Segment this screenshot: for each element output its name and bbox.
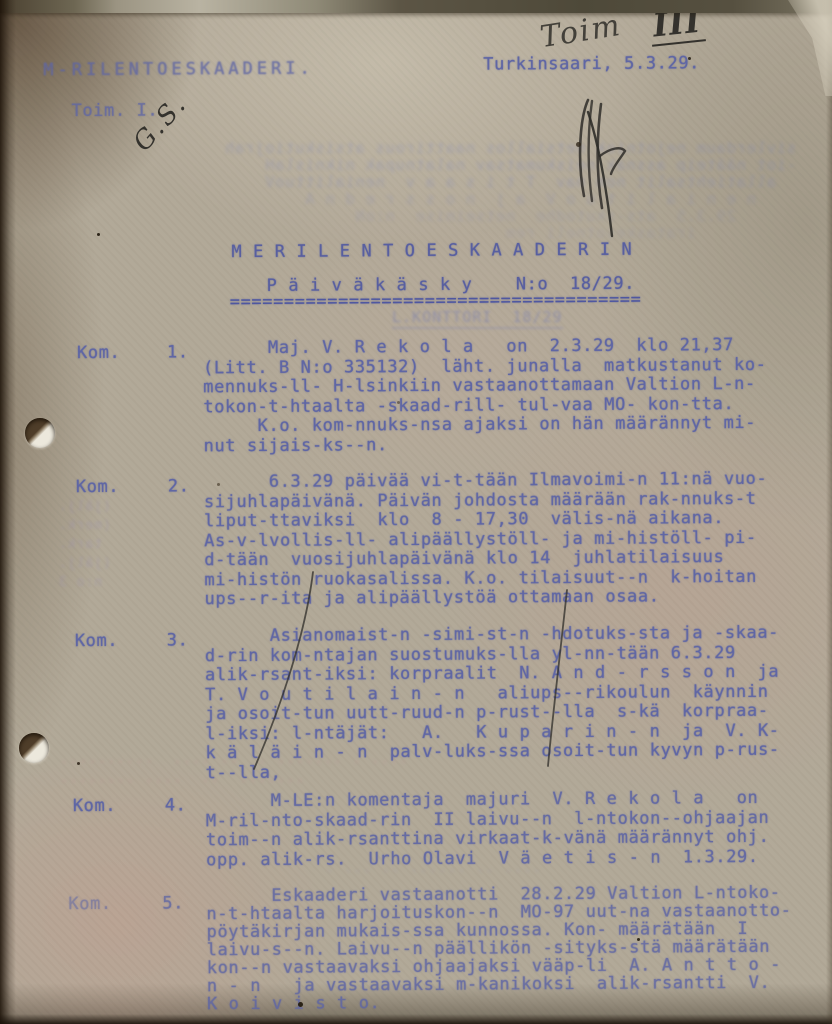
text-line: ups--r-ita ja alipäällystöä ottamaan osa… [204,587,816,610]
photo-edge-top [0,0,832,13]
paragraph-number: 5. [162,893,184,913]
punch-hole [19,733,49,763]
text-line: t--lla, [206,760,818,783]
paragraph-number: 2. [168,476,190,496]
text-line: opp. alik-rs. Urho Olavi V ä e t i s - n… [206,847,818,870]
typewritten-content: M-RILENTOESKAADERI. Turkinsaari, 5.3.29.… [0,0,832,1024]
paragraph-label: Kom. [77,343,120,363]
paragraph-text: Maj. V. R e k o l a on 2.3.29 klo 21,37(… [203,336,816,457]
photo-edge-right [826,0,832,1024]
paragraph-label: Kom. [73,796,116,816]
paragraph-number: 1. [167,342,189,362]
photo-edge-bottom [0,1014,832,1024]
dirt-specks [97,233,100,236]
paragraph-number: 3. [167,630,189,650]
paragraph-label: Kom. [68,894,111,914]
paragraph-label: Kom. [75,631,118,651]
paragraph-text: Eskaaderi vastaanotti 28.2.29 Valtion L-… [206,884,819,1014]
text-line: K.o. kom-nnuks-nsa ajaksi on hän määränn… [203,414,815,437]
document-title: M E R I L E N T O E S K A A D E R I N [231,240,632,262]
organization-name: M-RILENTOESKAADERI. [43,59,314,81]
text-line: nut sijais-ks--n. [204,433,816,456]
text-line: K o i v i s t o. [207,992,819,1014]
place-and-date: Turkinsaari, 5.3.29. [483,53,700,74]
photo-edge-left [0,0,16,1024]
paragraph-text: 6.3.29 päivää vi-t-tään Ilmavoimi-n 11:n… [204,470,817,610]
paragraph-number: 4. [165,795,187,815]
title-underline: ====================================== [230,290,642,313]
paragraph-label: Kom. [76,477,119,497]
paragraph-text: Asianomaist-n -simi-st-n -hdotuks-sta ja… [205,624,818,784]
text-line: n - n ja vastaavaksi m-kanikoksi alik-rs… [207,974,819,996]
scanned-document-page: sivlerdaum nejotniok netsiallos naattiro… [0,0,832,1024]
punch-hole [25,418,55,448]
text-line: k ä l ä i n - n palv-luks-ssa osoit-tun … [205,741,817,764]
paragraph-text: M-LE:n komentaja majuri V. R e k o l a o… [206,789,818,871]
